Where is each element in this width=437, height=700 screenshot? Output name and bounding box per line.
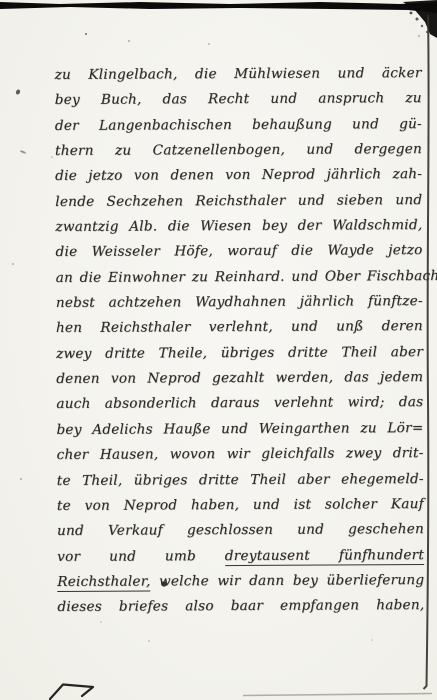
manuscript-text-block: zu Klingelbach, die Mühlwiesen und äcker… — [55, 61, 425, 620]
handwritten-text: an die Einwohner zu Reinhard. und Ober F… — [56, 268, 437, 286]
manuscript-line-9: an die Einwohner zu Reinhard. und Ober F… — [56, 264, 423, 291]
handwritten-text: denen von Neprod gezahlt werden, das jed… — [56, 369, 423, 387]
manuscript-line-17: te Theil, übriges dritte Theil aber eheg… — [57, 467, 424, 494]
manuscript-line-16: cher Hausen, wovon wir gleichfalls zwey … — [57, 441, 424, 468]
handwritten-text: zwey dritte Theile, übriges dritte Theil… — [56, 344, 423, 362]
underlined-text: dreytausent fünfhundert — [225, 547, 424, 566]
manuscript-line-4: thern zu Catzenellenbogen, und dergegen — [55, 137, 422, 164]
handwritten-text: hen Reichsthaler verlehnt, und unß deren — [56, 318, 423, 336]
manuscript-line-20: vor und umb dreytausent fünfhundert — [57, 543, 424, 570]
manuscript-line-21: Reichsthaler, welche wir dann bey überli… — [57, 568, 424, 595]
manuscript-line-13: denen von Neprod gezahlt werden, das jed… — [56, 365, 423, 392]
handwritten-text: auch absonderlich daraus verlehnt wird; … — [56, 395, 423, 413]
corner-speckle — [406, 7, 428, 37]
manuscript-line-2: bey Buch, das Recht und anspruch zu — [55, 86, 422, 113]
handwritten-text: bey Adelichs Hauße und Weingarthen zu Lö… — [56, 420, 423, 438]
manuscript-line-15: bey Adelichs Hauße und Weingarthen zu Lö… — [56, 416, 423, 443]
top-edge-band — [0, 2, 437, 13]
manuscript-line-22: dieses briefes also baar empfangen haben… — [57, 593, 424, 620]
handwritten-text: thern zu Catzenellenbogen, und dergegen — [55, 141, 422, 159]
bottom-page-edge-line — [243, 694, 432, 696]
handwritten-text: zu Klingelbach, die Mühlwiesen und äcker — [55, 65, 422, 83]
manuscript-line-1: zu Klingelbach, die Mühlwiesen und äcker — [55, 61, 422, 88]
handwritten-text: die Weisseler Höfe, worauf die Wayde jet… — [55, 242, 422, 260]
handwritten-text: zwantzig Alb. die Wiesen bey der Waldsch… — [55, 217, 422, 235]
manuscript-line-8: die Weisseler Höfe, worauf die Wayde jet… — [55, 238, 422, 265]
handwritten-text: cher Hausen, wovon wir gleichfalls zwey … — [57, 445, 424, 463]
manuscript-line-11: hen Reichsthaler verlehnt, und unß deren — [56, 314, 423, 341]
manuscript-line-18: te von Neprod haben, und ist solcher Kau… — [57, 492, 424, 519]
handwritten-text: der Langenbachischen behaußung und gü- — [55, 116, 422, 134]
handwritten-text: die jetzo von denen von Neprod jährlich … — [55, 166, 422, 184]
manuscript-line-3: der Langenbachischen behaußung und gü- — [55, 112, 422, 139]
manuscript-line-6: lende Sechzehen Reichsthaler und sieben … — [55, 188, 422, 215]
handwritten-text: bey Buch, das Recht und anspruch zu — [55, 90, 422, 108]
handwritten-text: lende Sechzehen Reichsthaler und sieben … — [55, 192, 422, 210]
handwritten-text: te von Neprod haben, und ist solcher Kau… — [57, 496, 424, 514]
handwritten-text: und Verkauf geschlossen und geschehen — [57, 521, 424, 539]
manuscript-line-10: nebst achtzehen Waydhahnen jährlich fünf… — [56, 289, 423, 316]
manuscript-line-7: zwantzig Alb. die Wiesen bey der Waldsch… — [55, 213, 422, 240]
manuscript-line-19: und Verkauf geschlossen und geschehen — [57, 517, 424, 544]
handwritten-text: welche wir dann bey überlieferung — [150, 572, 424, 589]
manuscript-line-12: zwey dritte Theile, übriges dritte Theil… — [56, 340, 423, 367]
manuscript-line-5: die jetzo von denen von Neprod jährlich … — [55, 162, 422, 189]
top-right-corner-blot — [403, 0, 437, 38]
pen-flourish-mark — [50, 685, 93, 700]
underlined-text: Reichsthaler, — [57, 573, 150, 591]
scanned-page: { "colors": { "paper": "#f4f3ee", "ink":… — [0, 0, 437, 700]
manuscript-line-14: auch absonderlich daraus verlehnt wird; … — [56, 391, 423, 418]
handwritten-text: dieses briefes also baar empfangen haben… — [57, 597, 424, 615]
manuscript-page: zu Klingelbach, die Mühlwiesen und äcker… — [0, 0, 437, 700]
handwritten-text: vor und umb — [57, 548, 225, 565]
handwritten-text: nebst achtzehen Waydhahnen jährlich fünf… — [56, 293, 423, 311]
handwritten-text: te Theil, übriges dritte Theil aber eheg… — [57, 471, 424, 489]
